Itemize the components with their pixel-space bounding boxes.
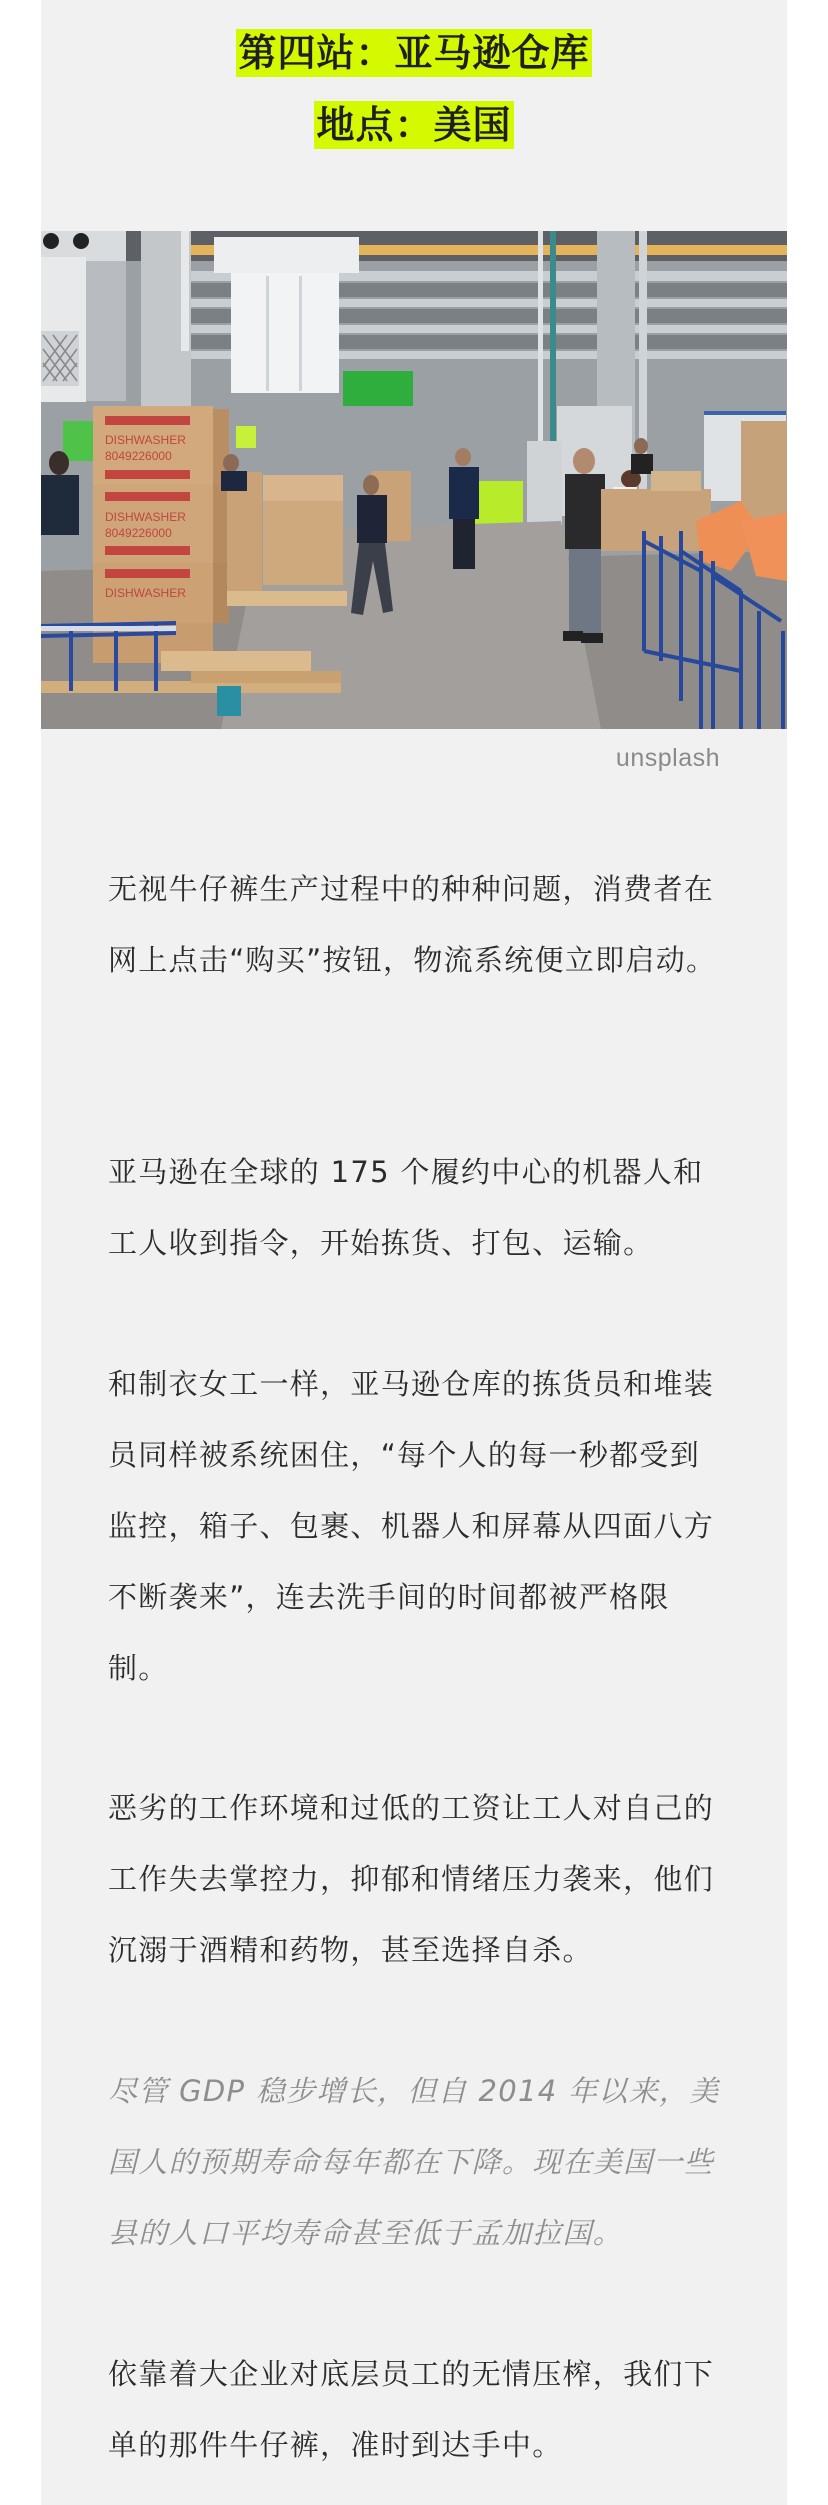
paragraph-6: 依靠着大企业对底层员工的无情压榨，我们下单的那件牛仔裤，准时到达手中。 — [108, 2339, 723, 2481]
paragraph-2: 亚马逊在全球的 175 个履约中心的机器人和工人收到指令，开始拣货、打包、运输。 — [108, 1137, 723, 1279]
paragraph-4: 恶劣的工作环境和过低的工资让工人对自己的工作失去掌控力，抑郁和情绪压力袭来，他们… — [108, 1773, 723, 1986]
paragraph-3: 和制衣女工一样，亚马逊仓库的拣货员和堆装员同样被系统困住，“每个人的每一秒都受到… — [108, 1349, 723, 1704]
section-title: 第四站：亚马逊仓库 — [41, 29, 787, 77]
title-station: 第四站：亚马逊仓库 — [236, 29, 591, 77]
paragraph-1: 无视牛仔裤生产过程中的种种问题，消费者在网上点击“购买”按钮，物流系统便立即启动… — [108, 854, 723, 996]
svg-text:DISHWASHER: DISHWASHER — [105, 433, 186, 447]
section-subtitle: 地点：美国 — [41, 101, 787, 149]
svg-text:8049226000: 8049226000 — [105, 526, 172, 540]
photo-credit: unsplash — [616, 742, 720, 774]
warehouse-photo: DISHWASHER 8049226000 DISHWASHER 8049226… — [41, 231, 787, 729]
article-column: 第四站：亚马逊仓库 地点：美国 — [41, 0, 787, 2505]
svg-text:DISHWASHER: DISHWASHER — [105, 586, 186, 600]
svg-text:DISHWASHER: DISHWASHER — [105, 510, 186, 524]
svg-text:8049226000: 8049226000 — [105, 449, 172, 463]
title-location: 地点：美国 — [314, 101, 513, 149]
paragraph-5-emphasis: 尽管 GDP 稳步增长，但自 2014 年以来，美国人的预期寿命每年都在下降。现… — [108, 2056, 723, 2269]
